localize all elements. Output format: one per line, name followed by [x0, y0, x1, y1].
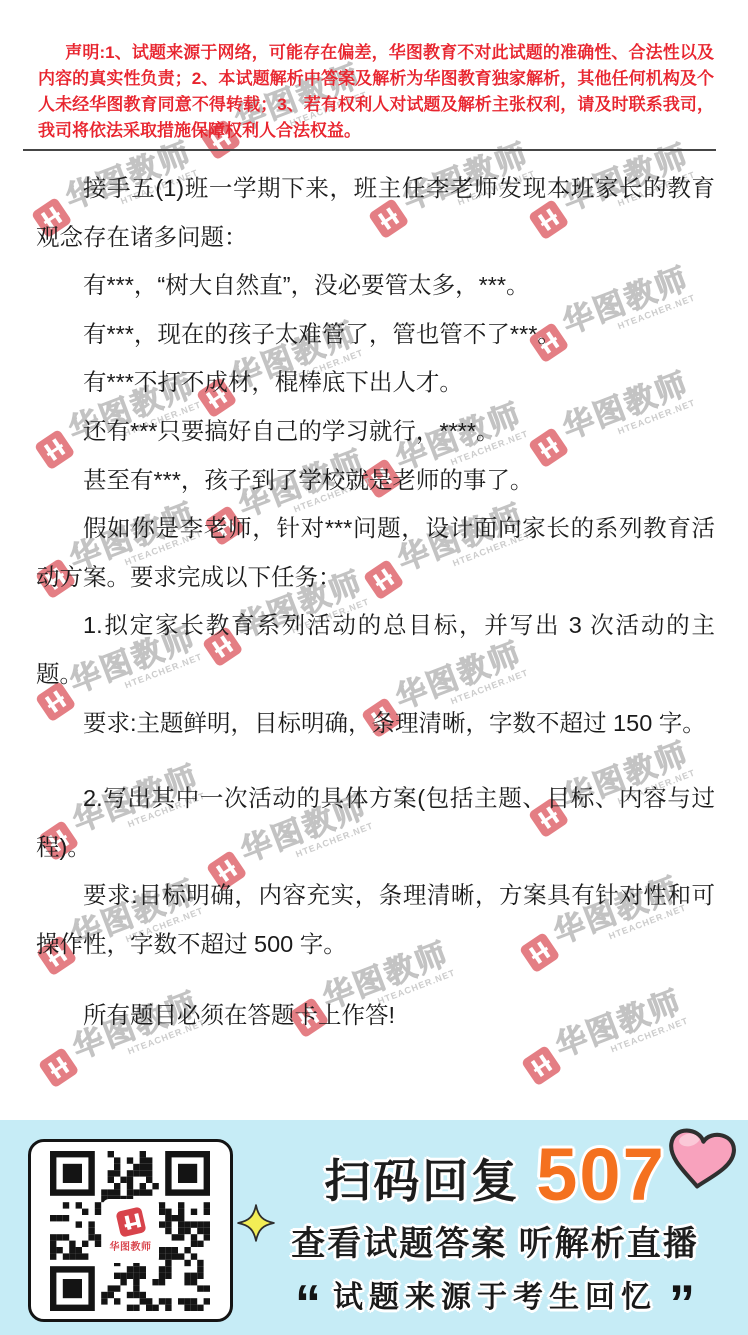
paragraph: 还有***只要搞好自己的学习就行，****。	[36, 407, 715, 456]
banner-line-scan: 扫码回复 507	[324, 1130, 665, 1212]
paragraph: 要求:主题鲜明，目标明确，条理清晰，字数不超过 150 字。	[36, 699, 715, 748]
paragraph: 有***，现在的孩子太难管了，管也管不了***。	[36, 310, 715, 359]
banner-quote-text: 试题来源于考生回忆	[333, 1272, 657, 1316]
paragraph: 1.拟定家长教育系列活动的总目标，并写出 3 次活动的主题。	[36, 601, 715, 698]
paragraph: 要求:目标明确，内容充实，条理清晰，方案具有针对性和可操作性，字数不超过 500…	[36, 871, 715, 968]
paragraph: 2.写出其中一次活动的具体方案(包括主题、目标、内容与过程)。	[36, 774, 715, 871]
banner-quote-line: “ 试题来源于考生回忆 ”	[295, 1272, 695, 1316]
banner-subtitle: 查看试题答案 听解析直播	[291, 1226, 698, 1263]
paragraph: 有***，“树大自然直”，没必要管太多，***。	[36, 261, 715, 310]
qr-code: 华图教师	[28, 1139, 233, 1322]
paragraph: 假如你是李老师，针对***问题，设计面向家长的系列教育活动方案。要求完成以下任务…	[36, 504, 715, 601]
question-content: 接手五(1)班一学期下来，班主任李老师发现本班家长的教育观念存在诸多问题：有**…	[36, 164, 715, 1039]
reply-code: 507	[536, 1138, 665, 1212]
paragraph: 甚至有***，孩子到了学校就是老师的事了。	[36, 456, 715, 505]
disclaimer-label: 声明:	[65, 43, 105, 62]
disclaimer-text: 声明:1、试题来源于网络，可能存在偏差，华图教育不对此试题的准确性、合法性以及内…	[38, 40, 714, 144]
exam-paper-page: 华图教师HTEACHER.NET华图教师HTEACHER.NET华图教师HTEA…	[0, 0, 748, 1335]
qr-center-label: 华图教师	[103, 1199, 159, 1263]
huatu-logo-icon	[38, 1047, 80, 1089]
paragraph: 所有题目必须在答题卡上作答!	[36, 991, 715, 1040]
huatu-logo-icon	[521, 1045, 563, 1087]
scan-reply-label: 扫码回复	[324, 1158, 520, 1212]
heart-icon	[662, 1121, 741, 1196]
qr-brand-text: 华图教师	[110, 1238, 152, 1253]
promo-banner: 华图教师 扫码回复 507 查看试题答案 听解析直播 “ 试题来源于考生回忆 ”	[0, 1120, 748, 1335]
paragraph: 有***不打不成材，棍棒底下出人才。	[36, 358, 715, 407]
huatu-logo-icon	[115, 1206, 146, 1237]
paragraph: 接手五(1)班一学期下来，班主任李老师发现本班家长的教育观念存在诸多问题：	[36, 164, 715, 261]
section-divider	[23, 149, 716, 151]
banner-text: 扫码回复 507 查看试题答案 听解析直播 “ 试题来源于考生回忆 ”	[262, 1130, 728, 1316]
disclaimer-body: 1、试题来源于网络，可能存在偏差，华图教育不对此试题的准确性、合法性以及内容的真…	[38, 43, 714, 140]
